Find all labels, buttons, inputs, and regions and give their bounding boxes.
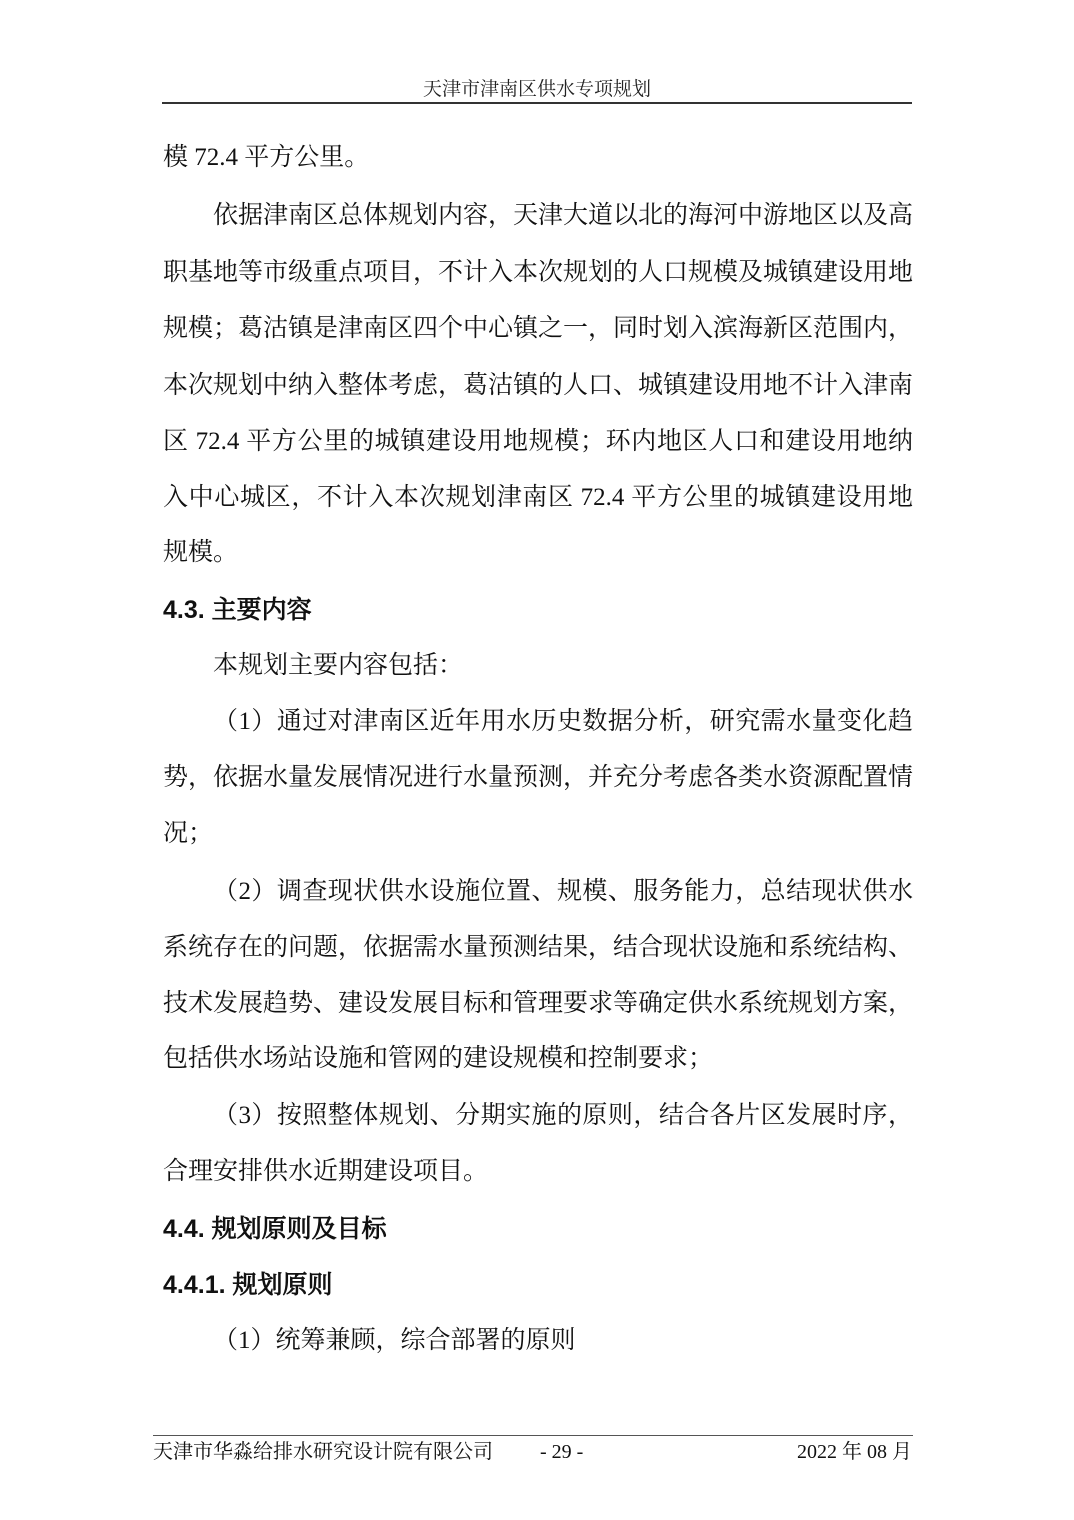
paragraph-line: （2）调查现状供水设施位置、规模、服务能力，总结现状供水 (213, 876, 913, 908)
section-intro: 本规划主要内容包括： (213, 650, 913, 682)
footer-organization: 天津市华淼给排水研究设计院有限公司 (153, 1440, 493, 1464)
section-heading-4-3: 4.3. 主要内容 (163, 594, 312, 626)
paragraph-line: 规模；葛沽镇是津南区四个中心镇之一，同时划入滨海新区范围内， (163, 313, 913, 345)
paragraph-line: 况； (163, 818, 913, 850)
paragraph-line: 技术发展趋势、建设发展目标和管理要求等确定供水系统规划方案， (163, 988, 913, 1020)
paragraph-line: 入中心城区，不计入本次规划津南区 72.4 平方公里的城镇建设用地 (163, 482, 913, 514)
paragraph-line: 规模。 (163, 537, 913, 569)
header-divider (162, 102, 912, 104)
paragraph-line: 依据津南区总体规划内容，天津大道以北的海河中游地区以及高 (213, 200, 913, 232)
paragraph-line: 系统存在的问题，依据需水量预测结果，结合现状设施和系统结构、 (163, 932, 913, 964)
section-heading-4-4-1: 4.4.1. 规划原则 (163, 1269, 333, 1301)
paragraph-line: （3）按照整体规划、分期实施的原则，结合各片区发展时序， (213, 1100, 913, 1132)
paragraph-line: 包括供水场站设施和管网的建设规模和控制要求； (163, 1043, 913, 1075)
paragraph-line: 区 72.4 平方公里的城镇建设用地规模；环内地区人口和建设用地纳 (163, 426, 913, 458)
footer-divider (153, 1435, 913, 1436)
header-title: 天津市津南区供水专项规划 (0, 74, 1074, 101)
paragraph-line: 本次规划中纳入整体考虑，葛沽镇的人口、城镇建设用地不计入津南 (163, 370, 913, 402)
page-number: - 29 - (540, 1440, 583, 1464)
principle-item-1: （1）统筹兼顾，综合部署的原则 (213, 1325, 913, 1357)
paragraph-line: 职基地等市级重点项目，不计入本次规划的人口规模及城镇建设用地 (163, 257, 913, 289)
paragraph-line: 模 72.4 平方公里。 (163, 142, 913, 174)
footer-date: 2022 年 08 月 (797, 1440, 912, 1464)
section-heading-4-4: 4.4. 规划原则及目标 (163, 1213, 387, 1245)
paragraph-line: 势，依据水量发展情况进行水量预测，并充分考虑各类水资源配置情 (163, 762, 913, 794)
paragraph-line: （1）通过对津南区近年用水历史数据分析，研究需水量变化趋 (213, 706, 913, 738)
paragraph-line: 合理安排供水近期建设项目。 (163, 1156, 913, 1188)
